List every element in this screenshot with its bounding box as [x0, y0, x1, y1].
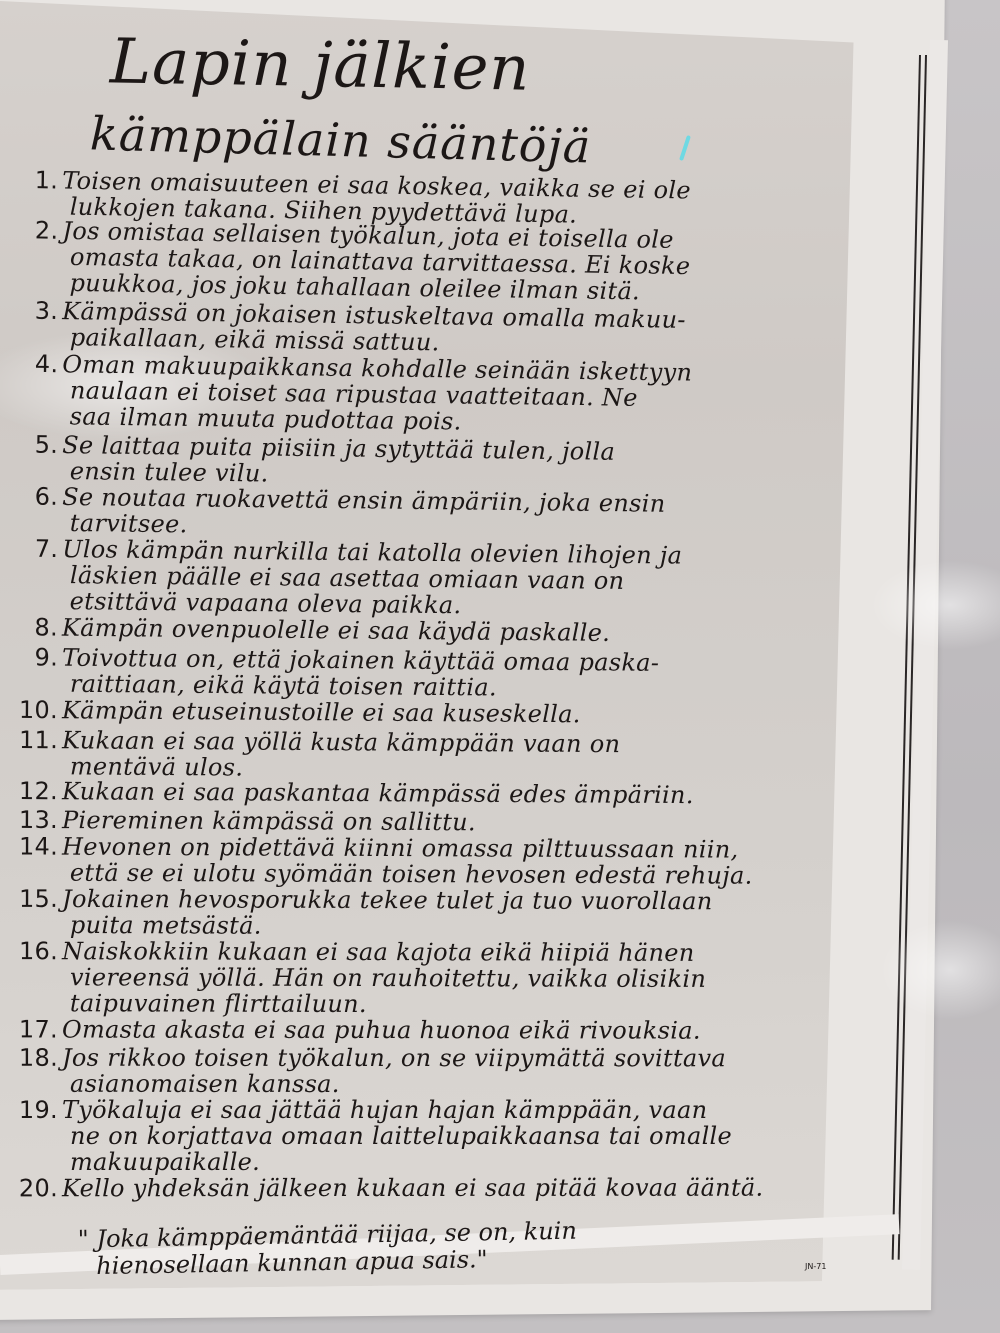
artist-signature: JN-71 — [805, 1262, 826, 1271]
rule-item: 5.Se laittaa puita piisiin ja sytyttää t… — [0, 431, 615, 491]
rule-text-line: viereensä yöllä. Hän on rauhoitettu, vai… — [62, 964, 706, 992]
rule-number: 6. — [0, 483, 58, 510]
rule-text-line: että se ei ulotu syömään toisen hevosen … — [62, 860, 753, 889]
rule-item: 3.Kämpässä on jokaisen istuskeltava omal… — [0, 297, 686, 359]
rule-item: 11.Kukaan ei saa yöllä kusta kämppään va… — [0, 727, 620, 783]
rule-text-line: Naiskokkiin kukaan ei saa kajota eikä hi… — [62, 938, 706, 966]
rule-number: 3. — [0, 297, 58, 324]
rule-number: 20. — [0, 1175, 58, 1201]
rule-number: 14. — [0, 833, 58, 859]
rule-item: 10.Kämpän etuseinustoille ei saa kuseske… — [0, 697, 581, 728]
rule-text-line: Piereminen kämpässä on sallittu. — [62, 807, 476, 835]
rule-number: 4. — [0, 350, 58, 377]
closing-saying: " Joka kämppäemäntää riijaa, se on, kuin… — [78, 1218, 578, 1281]
rule-number: 9. — [0, 644, 58, 671]
rule-text-line: taipuvainen flirttailuun. — [62, 990, 706, 1018]
rule-number: 10. — [0, 697, 58, 723]
rule-item: 18.Jos rikkoo toisen työkalun, on se vii… — [0, 1045, 726, 1098]
rule-item: 14.Hevonen on pidettävä kiinni omassa pi… — [0, 833, 753, 888]
rule-text-line: Kämpän etuseinustoille ei saa kuseskella… — [62, 697, 581, 727]
rule-text-line: ne on korjattava omaan laittelupaikkaans… — [62, 1123, 732, 1149]
rule-number: 5. — [0, 431, 58, 458]
rule-number: 1. — [0, 167, 58, 194]
rule-text-line: Kämpän ovenpuolelle ei saa käydä paskall… — [62, 615, 610, 646]
rule-number: 8. — [0, 614, 58, 641]
rule-text-line: makuupaikalle. — [62, 1149, 732, 1175]
rule-item: 4.Oman makuupaikkansa kohdalle seinään i… — [0, 350, 692, 437]
rule-number: 13. — [0, 807, 58, 833]
rule-text-line: puita metsästä. — [62, 912, 713, 940]
rule-item: 7.Ulos kämpän nurkilla tai katolla olevi… — [0, 535, 682, 620]
rule-number: 2. — [0, 217, 58, 244]
rule-text-line: Jokainen hevosporukka tekee tulet ja tuo… — [62, 886, 713, 914]
rule-item: 13.Piereminen kämpässä on sallittu. — [0, 807, 476, 835]
rule-number: 18. — [0, 1045, 58, 1071]
rule-item: 19.Työkaluja ei saa jättää hujan hajan k… — [0, 1097, 732, 1175]
rule-number: 12. — [0, 778, 58, 804]
rule-number: 19. — [0, 1097, 58, 1123]
calligraphy-document: Lapin jälkien kämppälain sääntöjä 1.Tois… — [0, 0, 1000, 1333]
rule-number: 17. — [0, 1016, 58, 1042]
rule-text-line: Työkaluja ei saa jättää hujan hajan kämp… — [62, 1097, 732, 1123]
rule-item: 2.Jos omistaa sellaisen työkalun, jota e… — [0, 217, 691, 305]
rule-text-line: Kukaan ei saa paskantaa kämpässä edes äm… — [62, 778, 694, 808]
document-subtitle: kämppälain sääntöjä — [89, 105, 592, 174]
rule-text-line: asianomaisen kanssa. — [62, 1071, 726, 1098]
rule-item: 17.Omasta akasta ei saa puhua huonoa eik… — [0, 1016, 701, 1043]
rule-item: 15.Jokainen hevosporukka tekee tulet ja … — [0, 886, 713, 940]
rule-item: 12.Kukaan ei saa paskantaa kämpässä edes… — [0, 778, 694, 808]
rule-item: 6.Se noutaa ruokavettä ensin ämpäriin, j… — [0, 483, 666, 543]
rule-item: 20.Kello yhdeksän jälkeen kukaan ei saa … — [0, 1175, 763, 1202]
document-title: Lapin jälkien — [109, 26, 531, 103]
rule-item: 8.Kämpän ovenpuolelle ei saa käydä paska… — [0, 614, 610, 646]
rule-number: 15. — [0, 886, 58, 912]
rule-number: 11. — [0, 727, 58, 753]
rule-number: 7. — [0, 535, 58, 562]
rule-text-line: Kello yhdeksän jälkeen kukaan ei saa pit… — [62, 1175, 763, 1202]
rule-text-line: Jos rikkoo toisen työkalun, on se viipym… — [62, 1045, 726, 1072]
rule-number: 16. — [0, 938, 58, 964]
rule-text-line: Omasta akasta ei saa puhua huonoa eikä r… — [62, 1016, 701, 1043]
rule-item: 16.Naiskokkiin kukaan ei saa kajota eikä… — [0, 938, 706, 1018]
rule-item: 9.Toivottua on, että jokainen käyttää om… — [0, 644, 659, 702]
